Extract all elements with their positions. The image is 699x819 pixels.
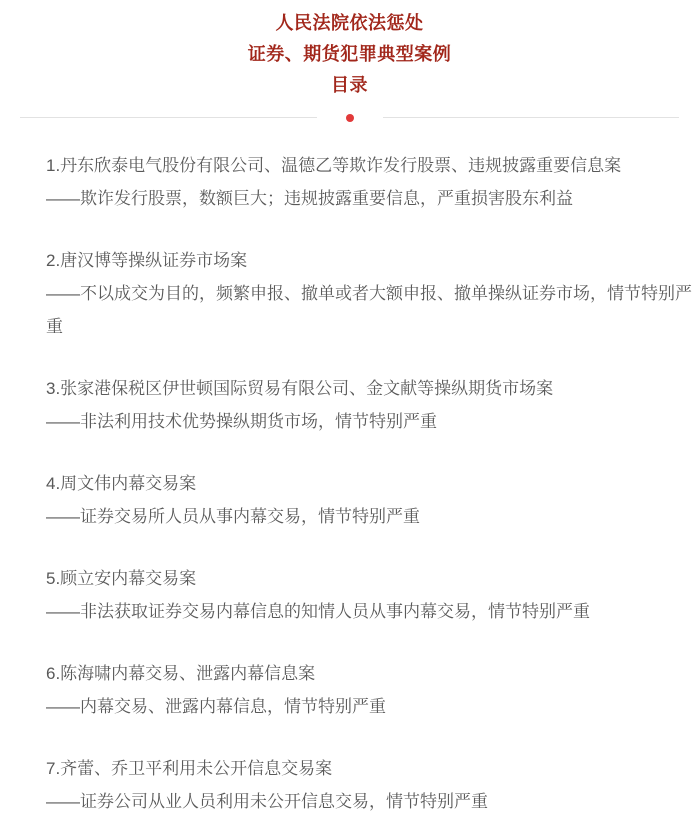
toc-item-summary: ——非法获取证券交易内幕信息的知情人员从事内幕交易，情节特别严重 xyxy=(46,595,698,628)
toc-item-summary: ——不以成交为目的，频繁申报、撤单或者大额申报、撤单操纵证券市场，情节特别严重 xyxy=(46,277,698,343)
toc-item-summary: ——非法利用技术优势操纵期货市场，情节特别严重 xyxy=(46,405,698,438)
toc-item-title: 5.顾立安内幕交易案 xyxy=(46,562,698,595)
toc-item: 1.丹东欣泰电气股份有限公司、温德乙等欺诈发行股票、违规披露重要信息案 ——欺诈… xyxy=(46,149,698,215)
section-divider xyxy=(20,113,679,122)
toc-list: 1.丹东欣泰电气股份有限公司、温德乙等欺诈发行股票、违规披露重要信息案 ——欺诈… xyxy=(46,149,698,818)
document-title-line-2: 证券、期货犯罪典型案例 xyxy=(0,39,699,70)
toc-item: 5.顾立安内幕交易案 ——非法获取证券交易内幕信息的知情人员从事内幕交易，情节特… xyxy=(46,562,698,628)
toc-item-title: 6.陈海啸内幕交易、泄露内幕信息案 xyxy=(46,657,698,690)
document-header: 人民法院依法惩处 证券、期货犯罪典型案例 目录 xyxy=(0,0,699,101)
document-title-line-1: 人民法院依法惩处 xyxy=(0,8,699,39)
toc-item-title: 4.周文伟内幕交易案 xyxy=(46,467,698,500)
toc-item-summary: ——证券交易所人员从事内幕交易，情节特别严重 xyxy=(46,500,698,533)
toc-item: 4.周文伟内幕交易案 ——证券交易所人员从事内幕交易，情节特别严重 xyxy=(46,467,698,533)
toc-item-title: 1.丹东欣泰电气股份有限公司、温德乙等欺诈发行股票、违规披露重要信息案 xyxy=(46,149,698,182)
toc-heading: 目录 xyxy=(0,70,699,101)
toc-item: 7.齐蕾、乔卫平利用未公开信息交易案 ——证券公司从业人员利用未公开信息交易，情… xyxy=(46,752,698,818)
toc-item-title: 3.张家港保税区伊世顿国际贸易有限公司、金文献等操纵期货市场案 xyxy=(46,372,698,405)
toc-item: 6.陈海啸内幕交易、泄露内幕信息案 ——内幕交易、泄露内幕信息，情节特别严重 xyxy=(46,657,698,723)
toc-item-summary: ——证券公司从业人员利用未公开信息交易，情节特别严重 xyxy=(46,785,698,818)
toc-item-summary: ——欺诈发行股票，数额巨大；违规披露重要信息，严重损害股东利益 xyxy=(46,182,698,215)
toc-item-summary: ——内幕交易、泄露内幕信息，情节特别严重 xyxy=(46,690,698,723)
toc-item: 2.唐汉博等操纵证券市场案 ——不以成交为目的，频繁申报、撤单或者大额申报、撤单… xyxy=(46,244,698,343)
toc-item: 3.张家港保税区伊世顿国际贸易有限公司、金文献等操纵期货市场案 ——非法利用技术… xyxy=(46,372,698,438)
divider-dot-icon xyxy=(346,114,354,122)
toc-item-title: 7.齐蕾、乔卫平利用未公开信息交易案 xyxy=(46,752,698,785)
divider-dot-gap xyxy=(317,113,383,122)
toc-item-title: 2.唐汉博等操纵证券市场案 xyxy=(46,244,698,277)
